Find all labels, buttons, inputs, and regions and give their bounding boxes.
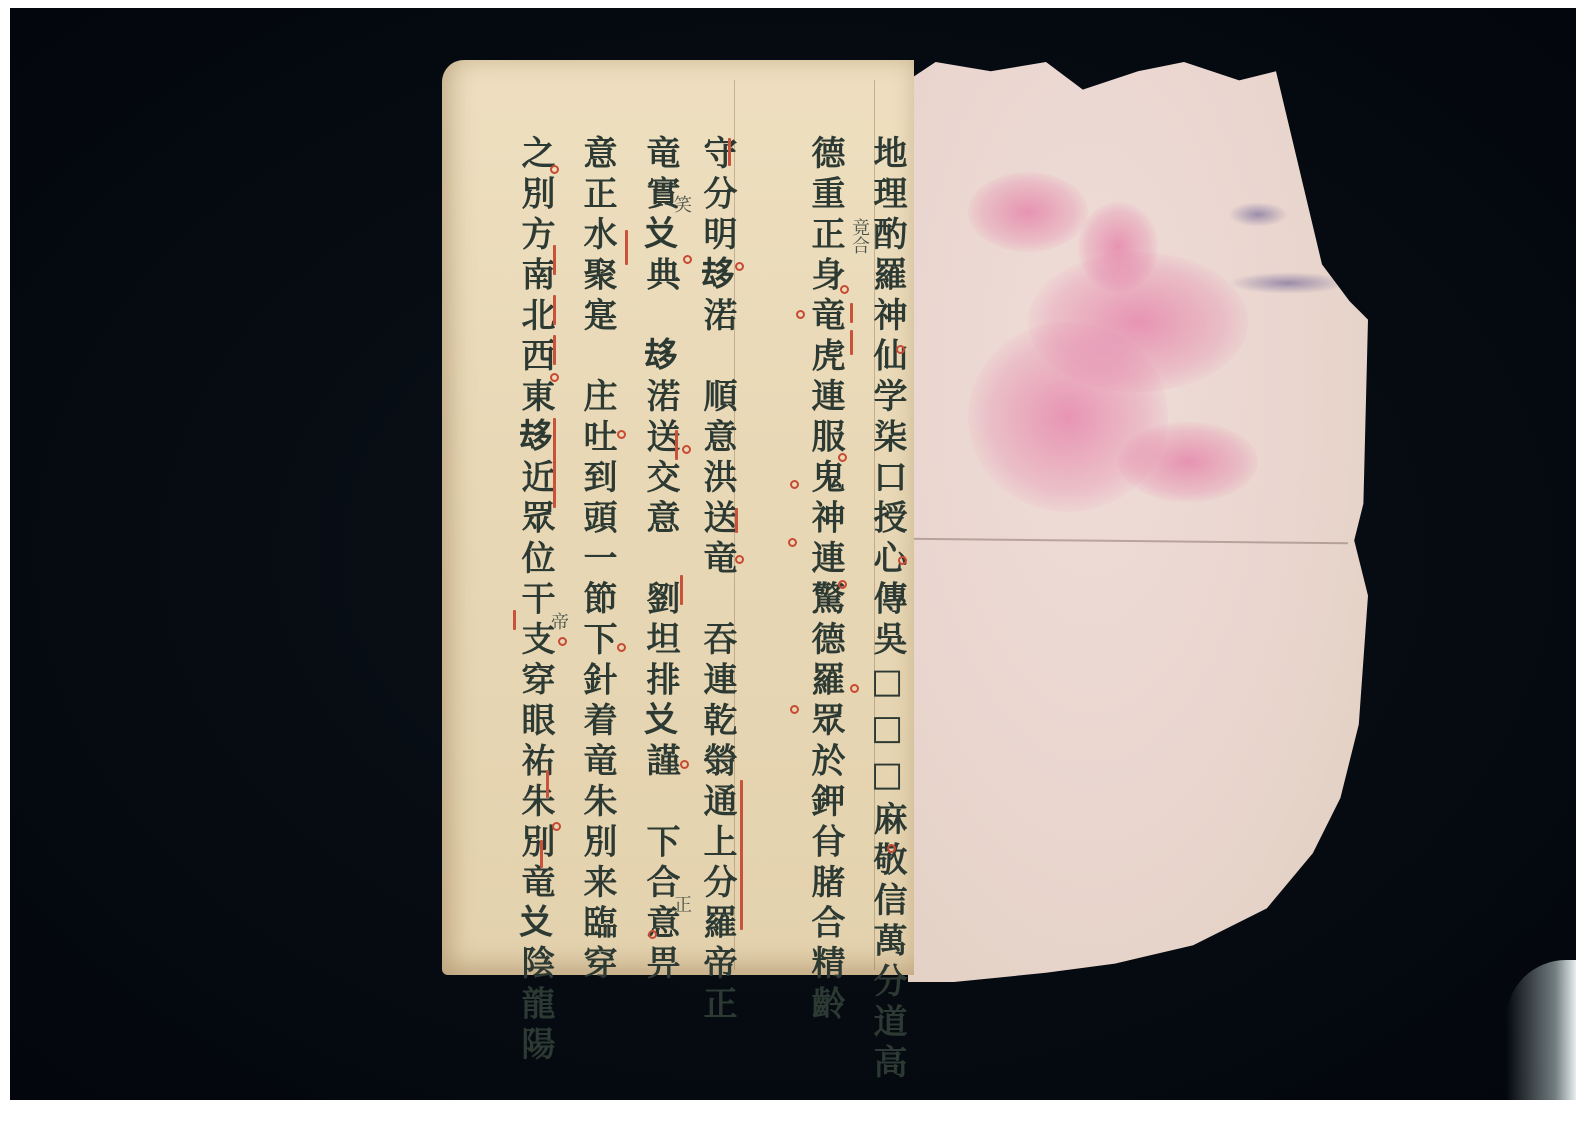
red-proper-noun-line: [625, 230, 628, 265]
red-circle-mark: [735, 555, 744, 564]
red-circle-mark: [552, 822, 561, 831]
red-proper-noun-line: [546, 770, 549, 798]
column-6: 意正水聚寔𢧚庄吐到頭一節下針着竜朱別来臨穿: [580, 135, 614, 986]
stain: [968, 172, 1088, 252]
red-proper-noun-line: [553, 295, 556, 325]
fold-crack: [908, 538, 1348, 545]
red-circle-mark: [735, 262, 744, 271]
red-circle-mark: [550, 373, 559, 382]
red-proper-noun-line: [553, 245, 556, 275]
red-circle-mark: [683, 255, 692, 264]
red-proper-noun-line: [680, 575, 683, 605]
red-circle-mark: [840, 285, 849, 294]
red-proper-noun-line: [553, 335, 556, 365]
column-4: 守分明𠫾渃𤁕順意洪送竜𠛌吞連乾䎕通上分羅帝正: [700, 135, 734, 1026]
column-3: 𢿁買尋竜先峯時晦祖宗𡗶𡗅麻典脉竜地形渃𢷮八: [752, 135, 786, 986]
column-2: 德重正身竜虎連服鬼神連驚德羅眾於鉀䏌䐗合精齡: [808, 135, 842, 1026]
red-proper-noun-line: [740, 780, 743, 930]
red-proper-noun-line: [553, 418, 556, 508]
column-7: 之別方南北西東𠫾近眾位干支穿眼祐朱別竜𠬠陰龍陽: [518, 135, 552, 1067]
side-annotation: 正: [668, 895, 694, 913]
red-circle-mark: [887, 844, 896, 853]
red-circle-mark: [850, 684, 859, 693]
red-circle-mark: [617, 643, 626, 652]
red-circle-mark: [788, 538, 797, 547]
red-circle-mark: [838, 580, 847, 589]
column-5: 竜實𠬠典𡗅𠫾渃送交意𣇊劉坦排𠬠謹𢧚下合意畀𠍭: [643, 135, 677, 1026]
red-circle-mark: [648, 930, 657, 939]
red-proper-noun-line: [513, 610, 516, 630]
red-proper-noun-line: [728, 138, 731, 166]
red-circle-mark: [790, 705, 799, 714]
side-annotation: 竟合: [846, 218, 872, 254]
red-circle-mark: [898, 556, 907, 565]
red-circle-mark: [790, 480, 799, 489]
red-circle-mark: [796, 310, 805, 319]
red-circle-mark: [896, 345, 905, 354]
light-glare: [1506, 960, 1576, 1100]
red-circle-mark: [680, 760, 689, 769]
red-circle-mark: [558, 637, 567, 646]
red-circle-mark: [838, 453, 847, 462]
red-proper-noun-line: [675, 430, 678, 460]
red-circle-mark: [682, 445, 691, 454]
red-circle-mark: [550, 165, 559, 174]
red-proper-noun-line: [850, 330, 853, 355]
ink-smudge: [1228, 202, 1288, 227]
column-1: 地理酌羅神仙学柒口授心傳吳□□□麻敬信萬分道高: [870, 135, 904, 1085]
red-proper-noun-line: [540, 840, 543, 868]
red-circle-mark: [617, 430, 626, 439]
red-proper-noun-line: [735, 508, 738, 533]
ink-smudge: [1228, 272, 1348, 294]
stain: [1118, 422, 1258, 502]
side-annotation: 帝: [545, 612, 571, 630]
right-page-blank: [908, 62, 1368, 982]
side-annotation: 笑: [668, 195, 694, 213]
red-proper-noun-line: [850, 303, 853, 323]
